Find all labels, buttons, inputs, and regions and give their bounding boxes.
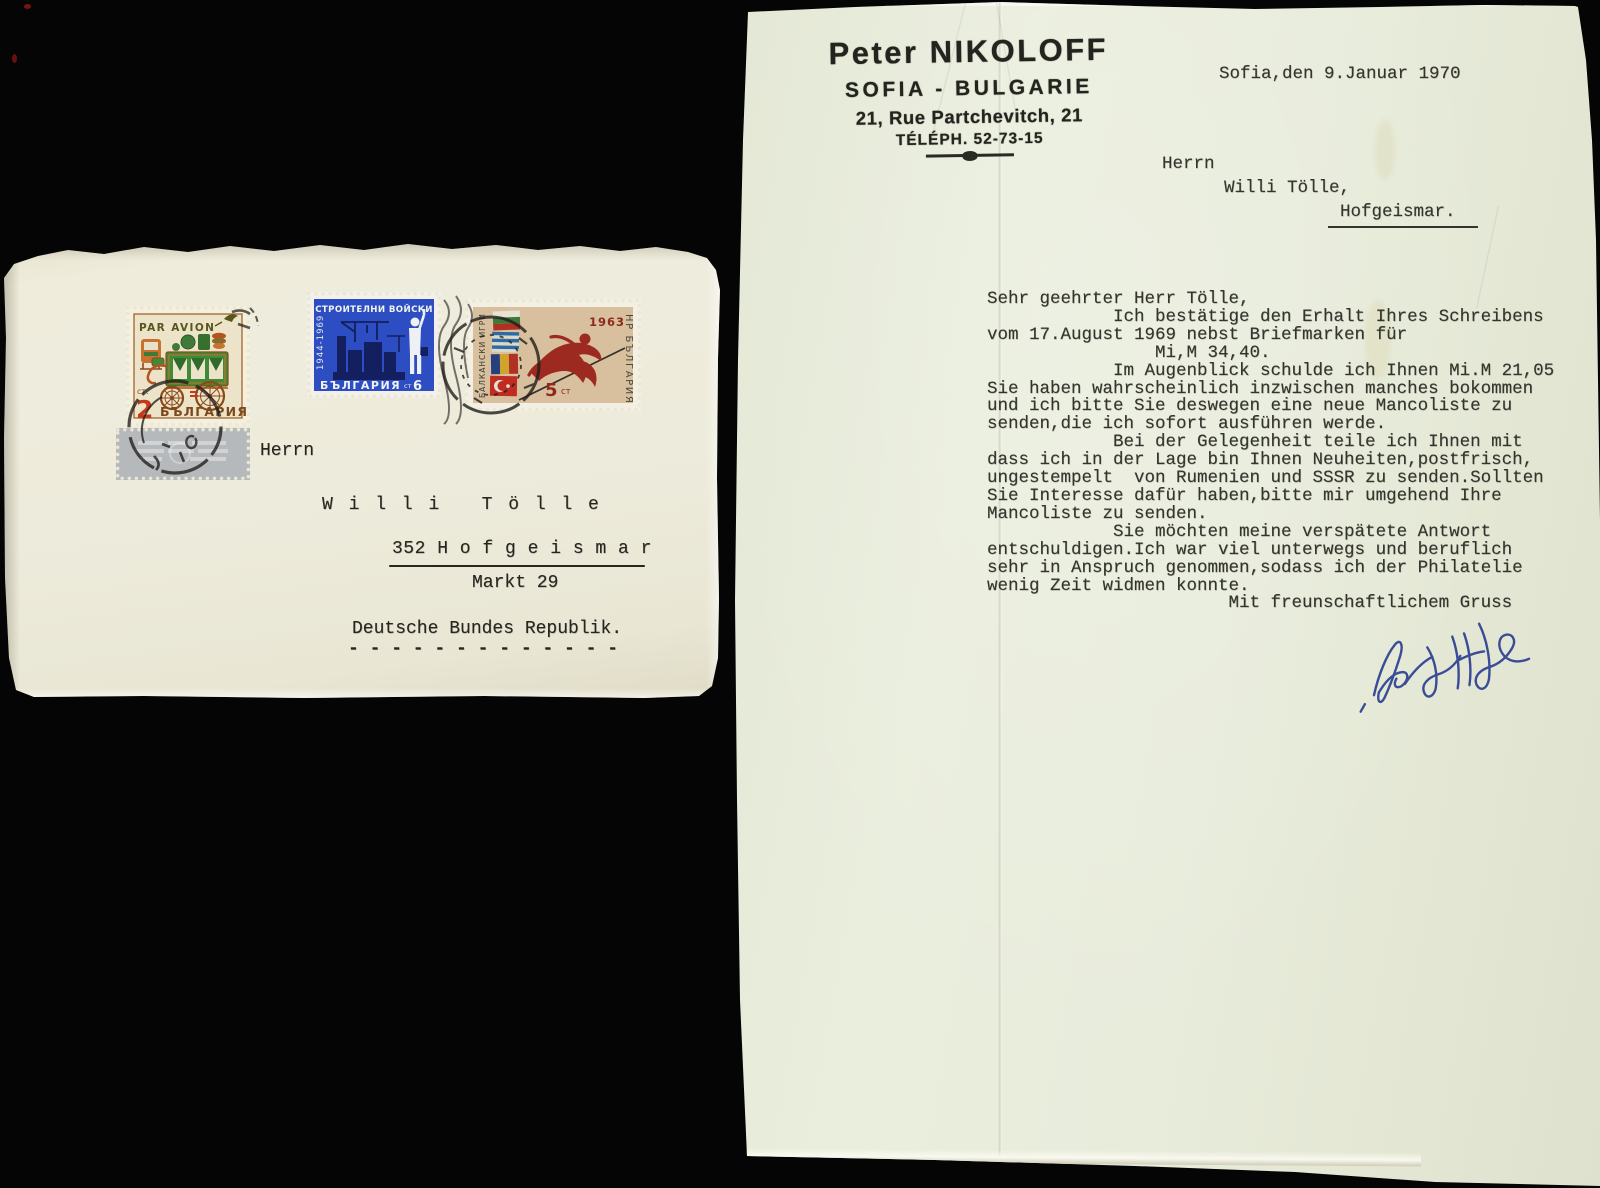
dust-speck xyxy=(12,54,17,63)
envelope-address-salutation: Herrn xyxy=(260,440,314,462)
letter-body: Sehr geehrter Herr Tölle, Ich bestätige … xyxy=(987,291,1554,613)
letterhead-phone: TÉLÉPH. 52-73-15 xyxy=(802,128,1138,151)
postmark-smudge-top xyxy=(232,308,258,328)
letterhead-street: 21, Rue Partchevitch, 21 xyxy=(801,103,1137,130)
letterhead-name: Peter NIKOLOFF xyxy=(800,31,1137,72)
envelope-address-name: W i l l i T ö l l e xyxy=(322,494,601,516)
date-line: Sofia,den 9.Januar 1970 xyxy=(1219,64,1461,85)
recipient-salutation: Herrn xyxy=(1162,154,1215,175)
address-dashed-rule: - - - - - - - - - - - - - xyxy=(348,638,618,660)
recipient-name: Willi Tölle, xyxy=(1224,178,1350,199)
envelope-address-street: Markt 29 xyxy=(472,572,558,594)
letter-top-edge-highlight xyxy=(735,2,1600,6)
postmark-circle-left xyxy=(129,381,221,473)
envelope-address-country: Deutsche Bundes Republik. xyxy=(352,618,622,640)
envelope-address-city: 352 H o f g e i s m a r xyxy=(392,538,652,560)
letterhead-city: SOFIA - BULGARIE xyxy=(801,74,1137,103)
letter-sheet: Peter NIKOLOFF SOFIA - BULGARIE 21, Rue … xyxy=(735,0,1600,1188)
cancellation-squiggles xyxy=(439,296,472,424)
envelope: PAR AVION xyxy=(4,238,720,698)
recipient-city-underline xyxy=(1328,226,1478,228)
letterhead: Peter NIKOLOFF SOFIA - BULGARIE 21, Rue … xyxy=(800,31,1138,159)
postmark-circle-right xyxy=(443,317,539,413)
dust-speck xyxy=(24,4,31,9)
recipient-city: Hofgeismar. xyxy=(1340,202,1456,223)
toning-stain xyxy=(1375,120,1395,180)
photo-of-cover-and-letter: PAR AVION xyxy=(0,0,1600,1188)
